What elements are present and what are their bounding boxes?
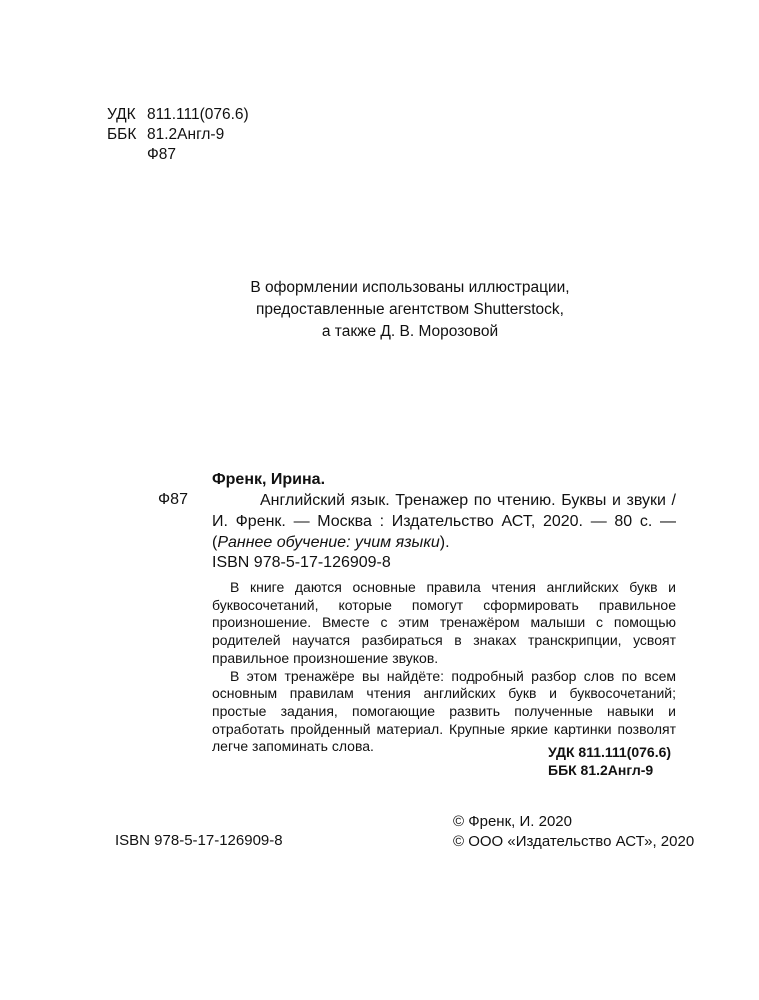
bbk-code: ББК 81.2Англ-9	[548, 761, 671, 779]
bbk-value: 81.2Англ-9	[147, 125, 224, 145]
illustration-credits: В оформлении использованы иллюстрации, п…	[200, 277, 620, 343]
bbk-row: ББК 81.2Англ-9	[107, 125, 249, 145]
book-title: Английский язык. Тренажер по чтению. Бук…	[260, 492, 676, 509]
imprint: И. Френк. — Москва : Издательство АСТ, 2…	[212, 513, 676, 530]
top-classification-codes: УДК 811.111(076.6) ББК 81.2Англ-9 Ф87	[107, 105, 249, 165]
credits-line: предоставленные агентством Shutterstock,	[200, 299, 620, 321]
author-mark-row: Ф87	[107, 145, 249, 165]
credits-line: В оформлении использованы иллюстрации,	[200, 277, 620, 299]
copyright-block: © Френк, И. 2020 © ООО «Издательство АСТ…	[453, 812, 694, 852]
series-title: Раннее обучение: учим языки	[217, 534, 439, 551]
udk-label: УДК	[107, 105, 147, 125]
bbk-label: ББК	[107, 125, 147, 145]
author-heading: Френк, Ирина.	[212, 470, 325, 490]
abstract: В книге даются основные правила чтения а…	[212, 579, 676, 756]
udk-row: УДК 811.111(076.6)	[107, 105, 249, 125]
author-mark: Ф87	[147, 145, 176, 165]
classification-codes: УДК 811.111(076.6) ББК 81.2Англ-9	[548, 743, 671, 779]
udk-code: УДК 811.111(076.6)	[548, 743, 671, 761]
copyright-publisher: © ООО «Издательство АСТ», 2020	[453, 832, 694, 852]
udk-value: 811.111(076.6)	[147, 105, 249, 125]
credits-line: а также Д. В. Морозовой	[200, 321, 620, 343]
bibliographic-author-mark: Ф87	[158, 490, 188, 510]
abstract-paragraph: В книге даются основные правила чтения а…	[212, 579, 676, 668]
isbn-footer: ISBN 978-5-17-126909-8	[115, 831, 283, 851]
isbn-main: ISBN 978-5-17-126909-8	[212, 553, 391, 573]
series-paren-close: ).	[440, 534, 450, 551]
bibliographic-description: Английский язык. Тренажер по чтению. Бук…	[212, 490, 676, 553]
copyright-author: © Френк, И. 2020	[453, 812, 694, 832]
